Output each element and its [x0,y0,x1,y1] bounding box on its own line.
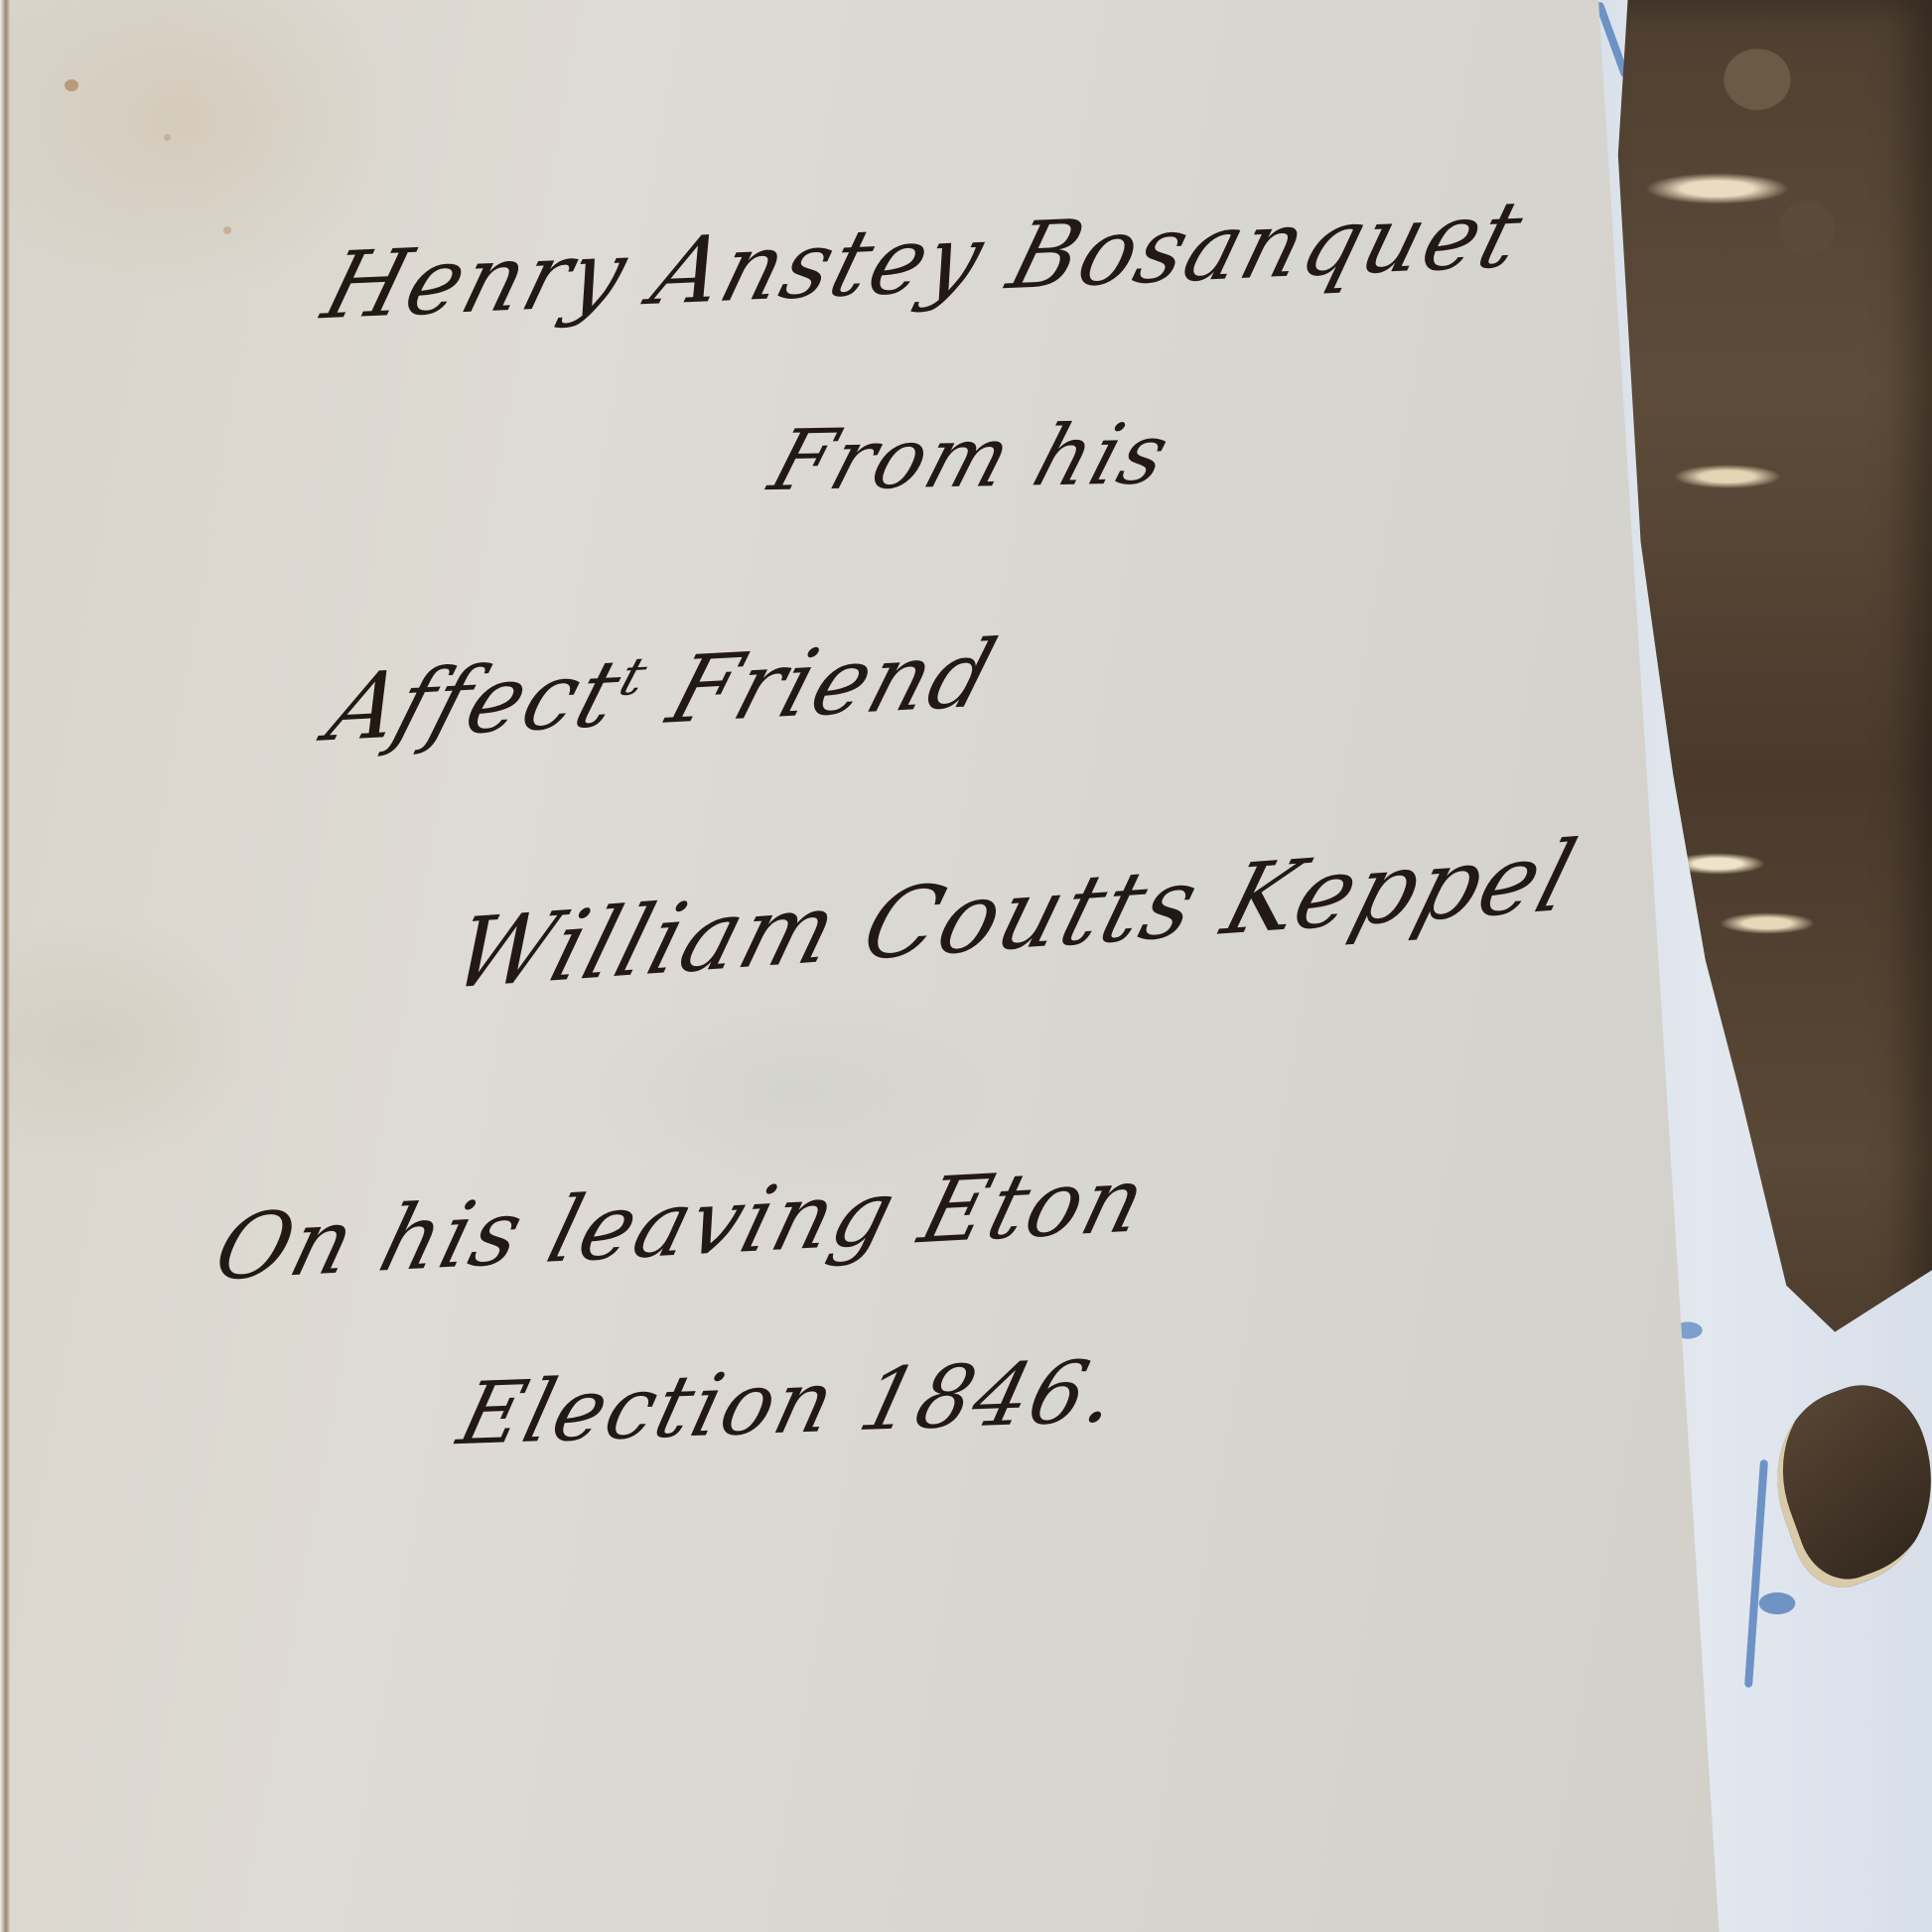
inscription-line-recipient: Henry Anstey Bosanquet [313,181,1535,341]
foxing-spot [164,134,171,141]
book-flyleaf-page: Henry Anstey Bosanquet From his Affectᵗ … [0,0,1723,1932]
page-gutter-edge [0,0,10,1932]
foxing-spot [223,226,231,234]
inscription-line-date: Election 1846. [449,1341,1129,1464]
inscription-line-occasion: On his leaving Eton [205,1147,1159,1301]
inscription-line-giver: William Coutts Keppel [441,819,1589,1011]
foxing-spot [65,79,78,91]
fabric-stem [1744,1459,1768,1688]
inscription-line-from: From his [759,405,1182,509]
inscription-line-affect-friend: Affectᵗ Friend [316,620,1009,762]
